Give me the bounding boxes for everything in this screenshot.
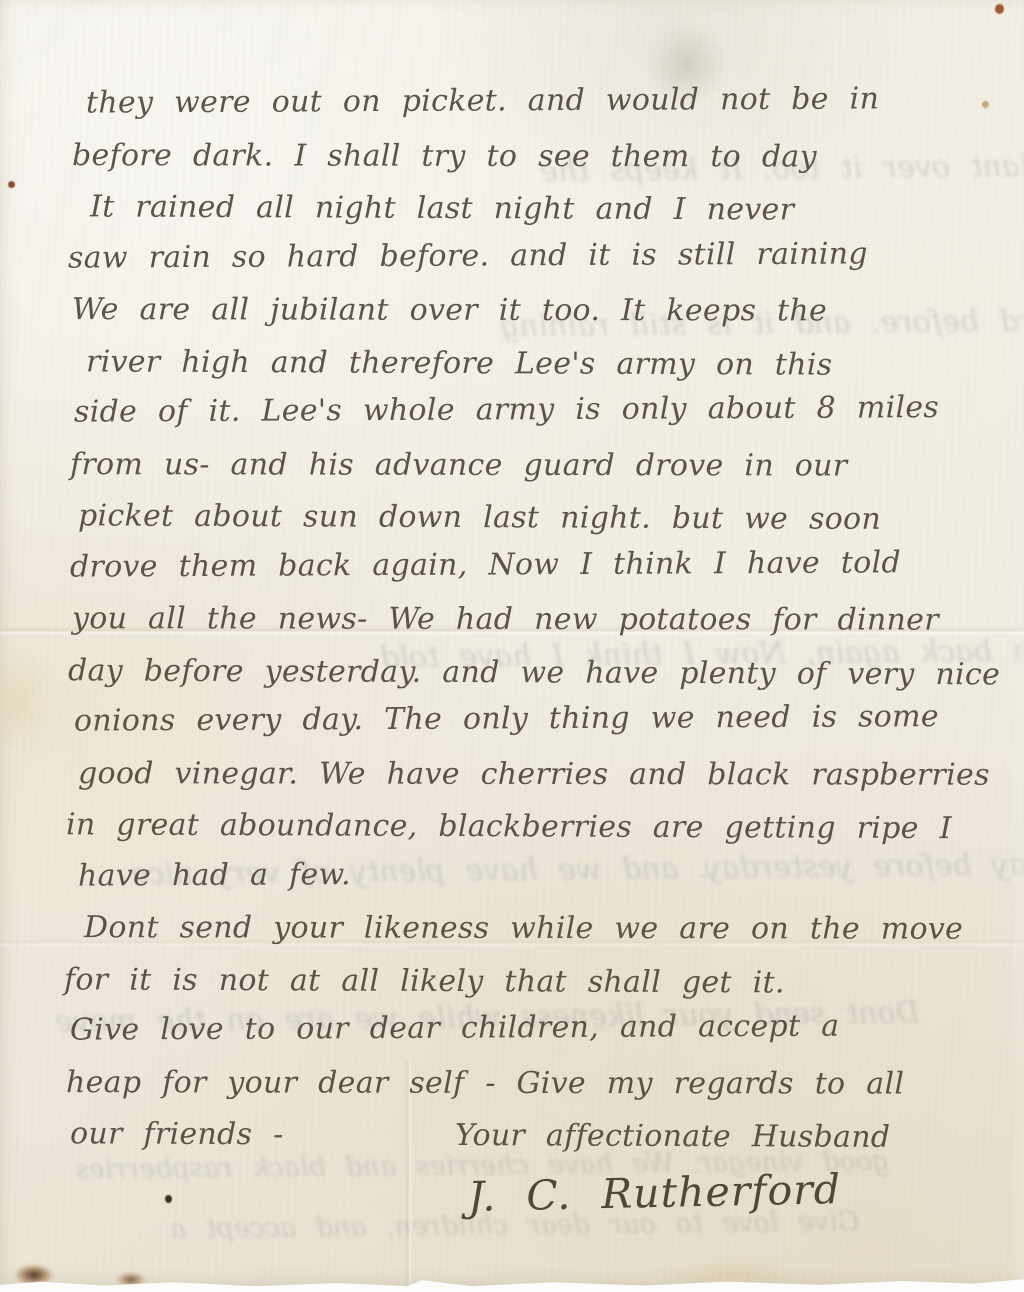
rust-speck (995, 4, 1004, 14)
closing-right-text: Your affectionate Husband (455, 1118, 891, 1155)
letter-line-7: side of it. Lee's whole army is only abo… (0, 382, 1024, 439)
letter-line-20: heap for your dear self - Give my regard… (0, 1057, 1024, 1110)
scorch-mark (14, 1264, 54, 1286)
letter-line-13: onions every day. The only thing we need… (0, 691, 1024, 748)
letter-line-2: before dark. I shall try to see them to … (0, 130, 1024, 183)
letter-line-1: they were out on picket. and would not b… (0, 73, 1024, 130)
signature: J. C. Rutherford (0, 1149, 1024, 1242)
letter-line-19: Give love to our dear children, and acce… (0, 1000, 1024, 1057)
letter-line-17: Dont send your likeness while we are on … (0, 902, 1024, 955)
letter-line-5: We are all jubilant over it too. It keep… (0, 284, 1024, 337)
edge-stain (660, 1262, 800, 1288)
letter-line-11: you all the news- We had new potatoes fo… (0, 593, 1024, 646)
letter-line-16: have had a few. (0, 845, 1024, 902)
scorch-mark (116, 1272, 146, 1287)
letter-page: We are all jubilant over it too. It keep… (0, 0, 1024, 1292)
letter-line-8: from us- and his advance guard drove in … (0, 439, 1024, 492)
letter-line-14: good vinegar. We have cherries and black… (0, 748, 1024, 801)
letter-line-4: saw rain so hard before. and it is still… (0, 227, 1024, 284)
letter-body: they were out on picket. and would not b… (0, 78, 1024, 1232)
closing-left-text: our friends - (70, 1117, 284, 1153)
letter-line-10: drove them back again, Now I think I hav… (0, 536, 1024, 593)
